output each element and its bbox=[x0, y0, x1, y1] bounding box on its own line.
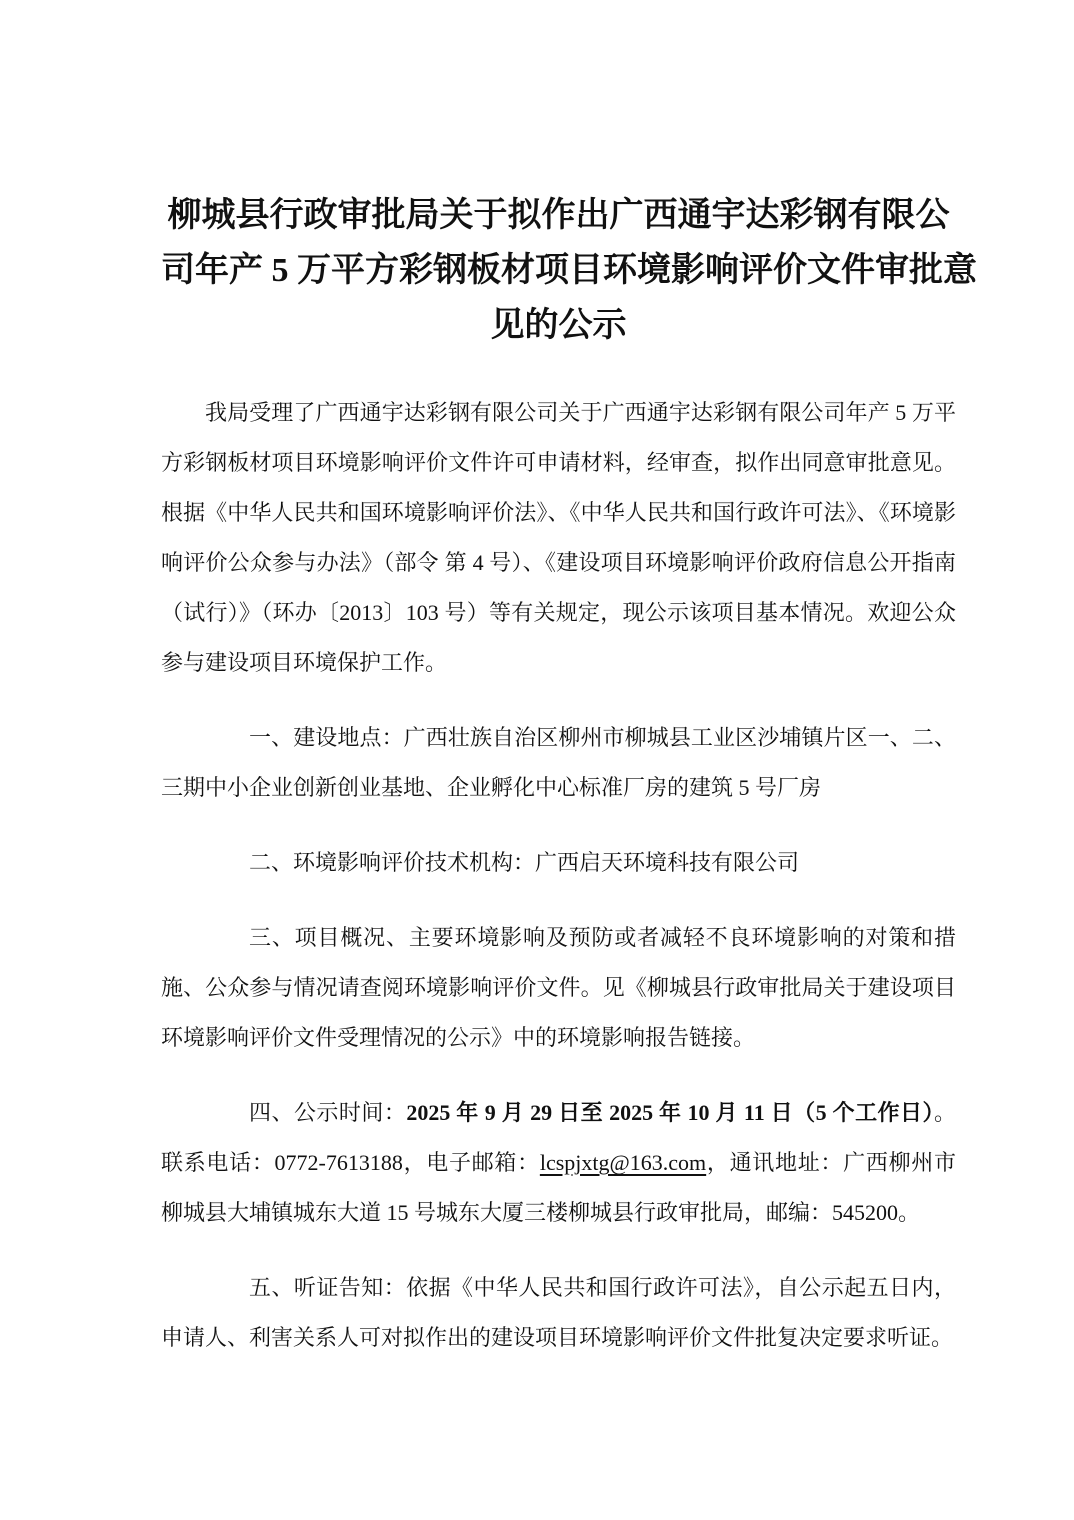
item-construction-site: 一、建设地点：广西壮族自治区柳州市柳城县工业区沙埔镇片区一、二、三期中小企业创新… bbox=[161, 713, 956, 813]
email-link[interactable]: lcspjxtg@163.com bbox=[540, 1150, 706, 1175]
title-line-2: 司年产 5 万平方彩钢板材项目环境影响评价文件审批意 bbox=[161, 243, 956, 298]
document-body: 我局受理了广西通宇达彩钢有限公司关于广西通宇达彩钢有限公司年产 5 万平方彩钢板… bbox=[161, 388, 956, 1363]
item-publicity-period: 四、公示时间：2025 年 9 月 29 日至 2025 年 10 月 11 日… bbox=[161, 1088, 956, 1238]
title-line-3: 见的公示 bbox=[161, 298, 956, 353]
document-title: 柳城县行政审批局关于拟作出广西通宇达彩钢有限公司年产 5 万平方彩钢板材项目环境… bbox=[161, 188, 956, 353]
item-eia-agency: 二、环境影响评价技术机构：广西启天环境科技有限公司 bbox=[161, 838, 956, 888]
document-page: 柳城县行政审批局关于拟作出广西通宇达彩钢有限公司年产 5 万平方彩钢板材项目环境… bbox=[0, 0, 1074, 1520]
title-line-1: 柳城县行政审批局关于拟作出广西通宇达彩钢有限公 bbox=[161, 188, 956, 243]
item-project-overview: 三、项目概况、主要环境影响及预防或者减轻不良环境影响的对策和措施、公众参与情况请… bbox=[161, 913, 956, 1063]
intro-paragraph: 我局受理了广西通宇达彩钢有限公司关于广西通宇达彩钢有限公司年产 5 万平方彩钢板… bbox=[161, 388, 956, 688]
item-hearing-notice: 五、听证告知：依据《中华人民共和国行政许可法》，自公示起五日内，申请人、利害关系… bbox=[161, 1263, 956, 1363]
publicity-prefix: 四、公示时间： bbox=[249, 1100, 406, 1125]
publicity-dates: 2025 年 9 月 29 日至 2025 年 10 月 11 日（5 个工作日… bbox=[406, 1100, 934, 1125]
